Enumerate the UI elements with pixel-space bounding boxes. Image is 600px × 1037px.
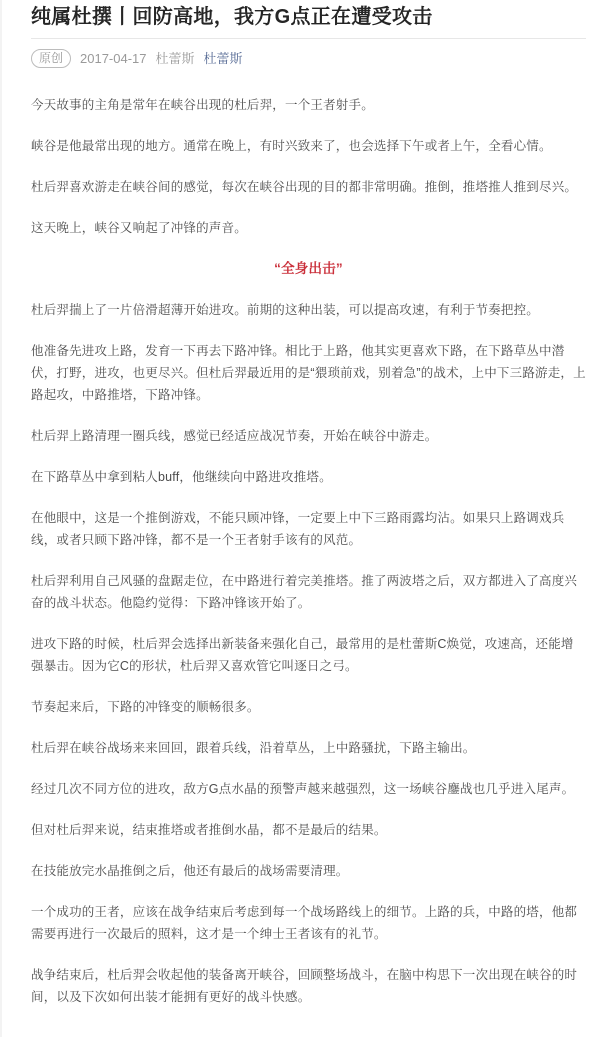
article-title: 纯属杜撰丨回防高地，我方G点正在遭受攻击 <box>31 4 586 31</box>
paragraph: 节奏起来后，下路的冲锋变的顺畅很多。 <box>31 696 586 718</box>
paragraph: 杜后羿利用自己风骚的盘踞走位，在中路进行着完美推塔。推了两波塔之后，双方都进入了… <box>31 570 586 614</box>
paragraph: 杜后羿在峡谷战场来来回回，跟着兵线，沿着草丛，上中路骚扰，下路主输出。 <box>31 737 586 759</box>
paragraph: 经过几次不同方位的进攻，敌方G点水晶的预警声越来越强烈，这一场峡谷鏖战也几乎进入… <box>31 778 586 800</box>
article-body: 今天故事的主角是常年在峡谷出现的杜后羿，一个王者射手。峡谷是他最常出现的地方。通… <box>31 94 586 1008</box>
article-meta: 原创 2017-04-17 杜蕾斯 杜蕾斯 <box>31 49 586 68</box>
article-page: 纯属杜撰丨回防高地，我方G点正在遭受攻击 原创 2017-04-17 杜蕾斯 杜… <box>0 0 600 1037</box>
highlight-paragraph: “全身出击” <box>31 258 586 280</box>
author-name: 杜蕾斯 <box>156 49 195 68</box>
original-badge: 原创 <box>31 49 71 68</box>
paragraph: 在他眼中，这是一个推倒游戏，不能只顾冲锋，一定要上中下三路雨露均沾。如果只上路调… <box>31 507 586 551</box>
paragraph: 峡谷是他最常出现的地方。通常在晚上，有时兴致来了，也会选择下午或者上午，全看心情… <box>31 135 586 157</box>
paragraph: 杜后羿揣上了一片倍滑超薄开始进攻。前期的这种出装，可以提高攻速，有利于节奏把控。 <box>31 299 586 321</box>
paragraph: 一个成功的王者，应该在战争结束后考虑到每一个战场路线上的细节。上路的兵，中路的塔… <box>31 901 586 945</box>
paragraph: 战争结束后，杜后羿会收起他的装备离开峡谷，回顾整场战斗，在脑中构思下一次出现在峡… <box>31 964 586 1008</box>
paragraph: 进攻下路的时候，杜后羿会选择出新装备来强化自己，最常用的是杜蕾斯C焕觉，攻速高，… <box>31 633 586 677</box>
paragraph: 他准备先进攻上路，发育一下再去下路冲锋。相比于上路，他其实更喜欢下路，在下路草丛… <box>31 340 586 406</box>
paragraph: 杜后羿上路清理一圈兵线，感觉已经适应战况节奏，开始在峡谷中游走。 <box>31 425 586 447</box>
title-divider <box>31 38 586 39</box>
publish-date: 2017-04-17 <box>80 49 147 68</box>
paragraph: 在下路草丛中拿到粘人buff，他继续向中路进攻推塔。 <box>31 466 586 488</box>
paragraph: 但对杜后羿来说，结束推塔或者推倒水晶，都不是最后的结果。 <box>31 819 586 841</box>
paragraph: 在技能放完水晶推倒之后，他还有最后的战场需要清理。 <box>31 860 586 882</box>
paragraph: 这天晚上，峡谷又响起了冲锋的声音。 <box>31 217 586 239</box>
paragraph: 今天故事的主角是常年在峡谷出现的杜后羿，一个王者射手。 <box>31 94 586 116</box>
account-link[interactable]: 杜蕾斯 <box>204 49 243 68</box>
paragraph: 杜后羿喜欢游走在峡谷间的感觉，每次在峡谷出现的目的都非常明确。推倒，推塔推人推到… <box>31 176 586 198</box>
